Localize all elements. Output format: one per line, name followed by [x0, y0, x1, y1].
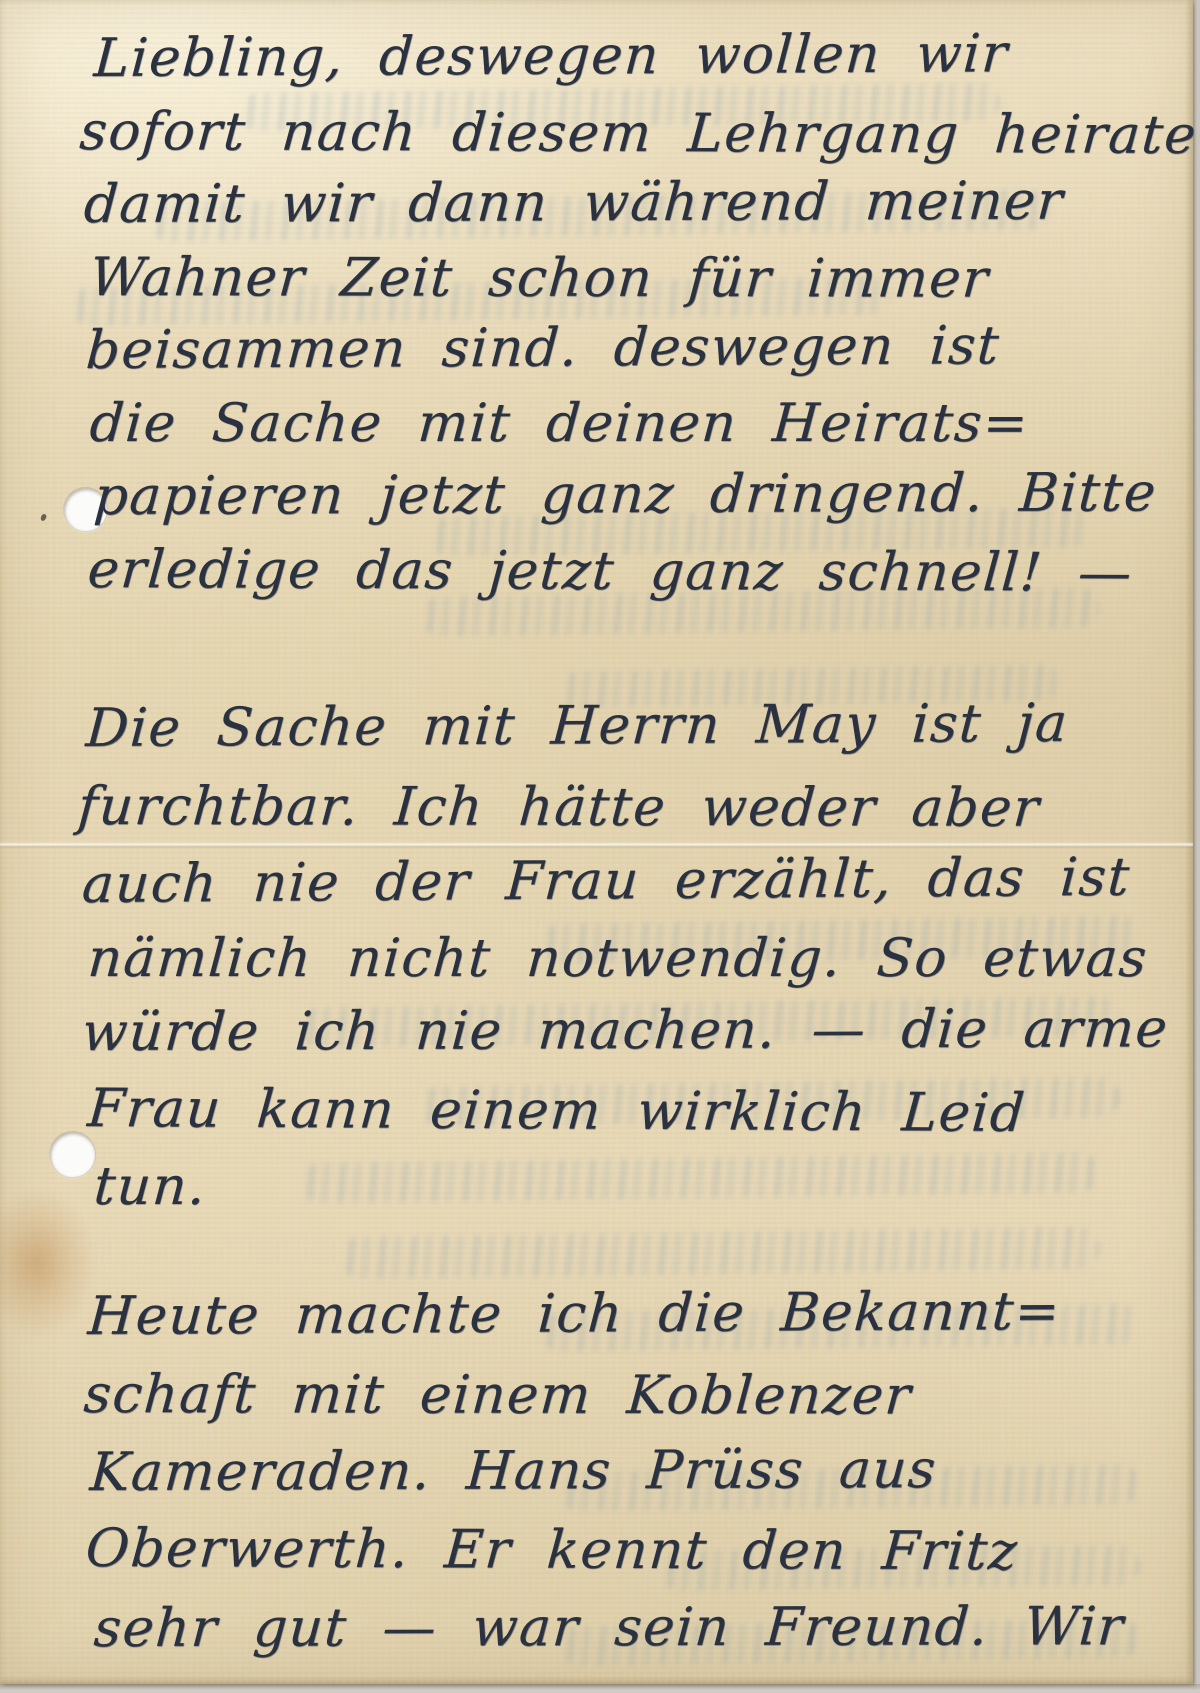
handwritten-line: Die Sache mit Herrn May ist ja [84, 695, 1070, 758]
handwritten-line: würde ich nie machen. — die arme [80, 1000, 1170, 1062]
handwritten-line: damit wir dann während meiner [82, 173, 1066, 235]
handwritten-line: Liebling, deswegen wollen wir [92, 25, 1010, 88]
handwritten-line: Kameraden. Hans Prüss aus [88, 1441, 939, 1502]
handwritten-line: papieren jetzt ganz dringend. Bitte [92, 464, 1159, 526]
handwritten-line: furchtbar. Ich hätte weder aber [76, 778, 1042, 838]
letter-page: Liebling, deswegen wollen wirsofort nach… [0, 0, 1193, 1684]
handwritten-line: sofort nach diesem Lehrgang heiraten, [78, 103, 1200, 165]
handwritten-line: auch nie der Frau erzählt, das ist [80, 849, 1132, 915]
scan-background-bottom-edge [0, 1684, 1200, 1693]
handwritten-line: Wahner Zeit schon für immer [88, 249, 991, 309]
handwritten-line: schaft mit einem Koblenzer [82, 1366, 914, 1426]
handwritten-line: erledige das jetzt ganz schnell! — [86, 541, 1135, 603]
handwritten-line: beisammen sind. deswegen ist [84, 317, 1002, 380]
handwritten-text: Liebling, deswegen wollen wirsofort nach… [0, 0, 1193, 1684]
handwritten-line: nämlich nicht notwendig. So etwas [86, 930, 1150, 988]
handwritten-line: Frau kann einem wirklich Leid [86, 1080, 1028, 1143]
handwritten-line: Oberwerth. Er kennt den Fritz [84, 1520, 1020, 1582]
handwritten-line: sehr gut — war sein Freund. Wir [92, 1598, 1126, 1658]
handwritten-line: die Sache mit deinen Heirats= [88, 395, 1031, 453]
handwritten-line: Heute machte ich die Bekannt= [86, 1283, 1062, 1346]
scan-background-right-edge [1193, 0, 1200, 1693]
handwritten-line: tun. [92, 1158, 208, 1216]
